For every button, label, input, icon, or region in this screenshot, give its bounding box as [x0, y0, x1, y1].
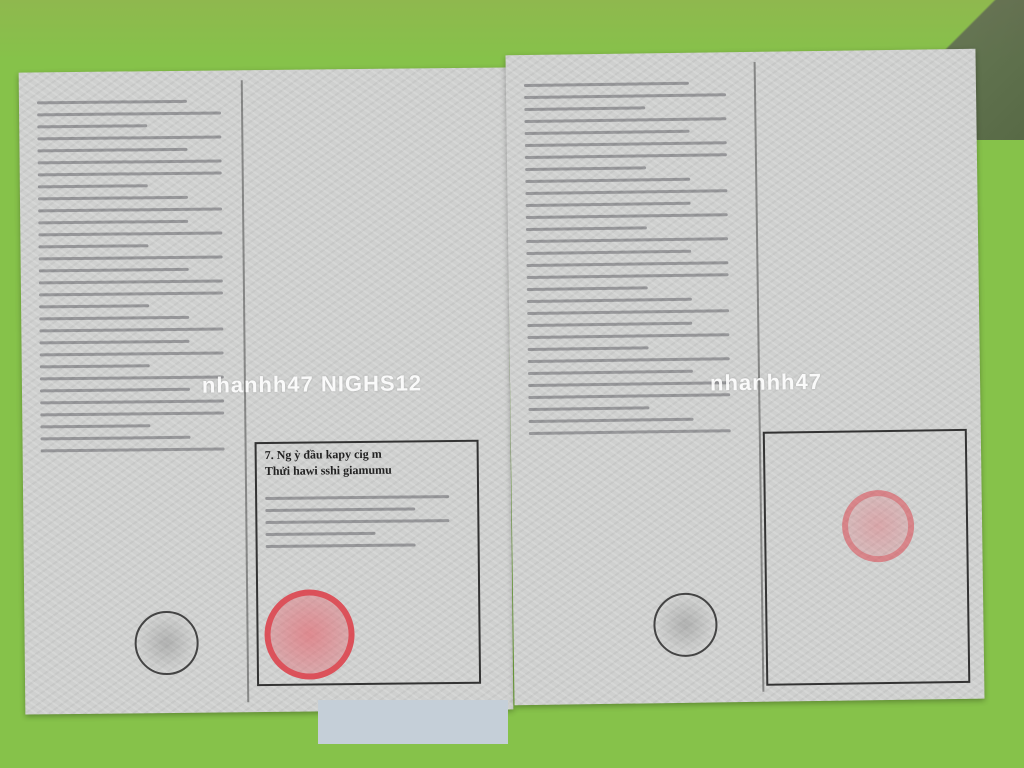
watermark-right: nhanhh47 — [710, 369, 822, 397]
document-right-page: nhanhh47 — [505, 49, 984, 705]
document-left-page: 7. Ng ỳ đầu kapy cig m Thửi hawi sshi gi… — [19, 67, 514, 714]
grey-seal — [134, 611, 199, 676]
blue-tab — [318, 700, 508, 744]
watermark-left: nhanhh47 NIGHS12 — [202, 370, 422, 398]
red-seal — [264, 589, 355, 680]
box-heading-1: 7. Ng ỳ đầu kapy cig m — [265, 447, 382, 463]
box-heading-2: Thửi hawi sshi giamumu — [265, 463, 392, 479]
